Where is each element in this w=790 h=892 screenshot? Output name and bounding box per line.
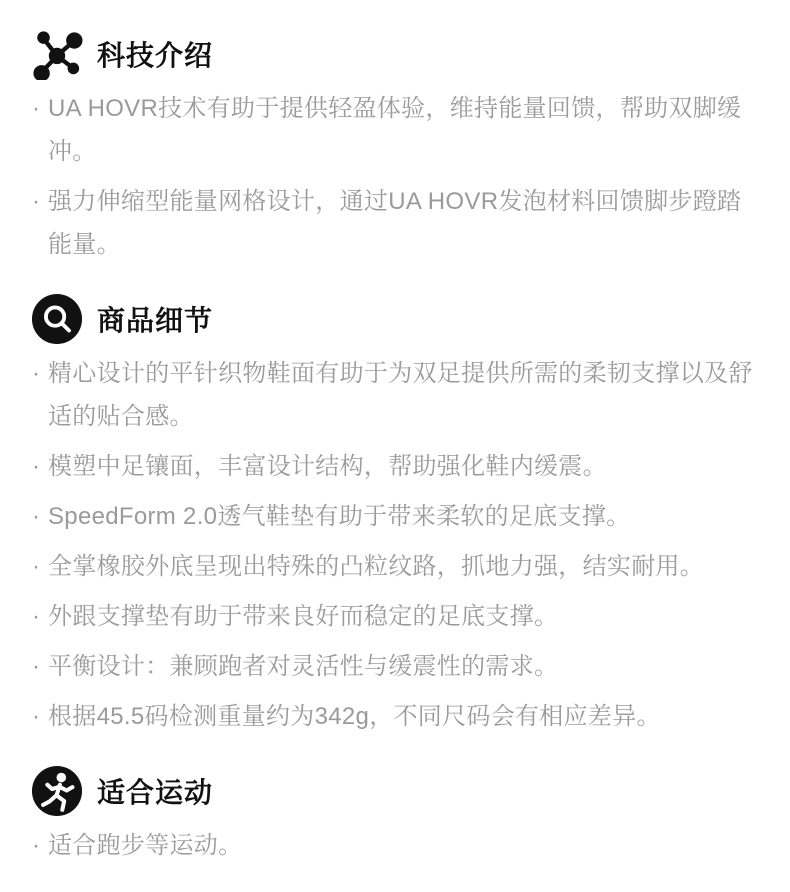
bullet-dot: · [32,445,40,488]
bullet-dot: · [32,87,40,130]
section-tech-intro: 科技介绍 ·UA HOVR技术有助于提供轻盈体验，维持能量回馈，帮助双脚缓冲。·… [30,27,760,266]
magnifier-icon [30,292,84,346]
bullet-dot: · [32,545,40,588]
content: 科技介绍 ·UA HOVR技术有助于提供轻盈体验，维持能量回馈，帮助双脚缓冲。·… [30,27,760,867]
bullet-text: 外跟支撑垫有助于带来良好而稳定的足底支撑。 [48,603,558,630]
bullet-item: ·UA HOVR技术有助于提供轻盈体验，维持能量回馈，帮助双脚缓冲。 [30,87,760,173]
section-header: 适合运动 [30,764,760,818]
bullet-item: ·全掌橡胶外底呈现出特殊的凸粒纹路，抓地力强，结实耐用。 [30,545,760,588]
bullet-text: 模塑中足镶面，丰富设计结构，帮助强化鞋内缓震。 [48,453,607,480]
bullet-text: 强力伸缩型能量网格设计，通过UA HOVR发泡材料回馈脚步蹬踏能量。 [48,188,741,258]
bullet-item: ·平衡设计：兼顾跑者对灵活性与缓震性的需求。 [30,645,760,688]
bullet-item: ·适合跑步等运动。 [30,824,760,867]
bullet-dot: · [32,645,40,688]
bullet-item: ·SpeedForm 2.0透气鞋垫有助于带来柔软的足底支撑。 [30,495,760,538]
bullet-item: ·根据45.5码检测重量约为342g，不同尺码会有相应差异。 [30,695,760,738]
bullet-dot: · [32,180,40,223]
runner-icon [30,764,84,818]
bullet-text: 全掌橡胶外底呈现出特殊的凸粒纹路，抓地力强，结实耐用。 [48,553,704,580]
section-suitable-sports: 适合运动 ·适合跑步等运动。 [30,764,760,867]
section-title: 适合运动 [97,771,213,811]
bullet-item: ·模塑中足镶面，丰富设计结构，帮助强化鞋内缓震。 [30,445,760,488]
bullet-dot: · [32,352,40,395]
product-description-page: 科技介绍 ·UA HOVR技术有助于提供轻盈体验，维持能量回馈，帮助双脚缓冲。·… [0,0,790,892]
bullet-text: 适合跑步等运动。 [48,832,242,859]
bullet-dot: · [32,824,40,867]
bullet-list: ·UA HOVR技术有助于提供轻盈体验，维持能量回馈，帮助双脚缓冲。·强力伸缩型… [30,87,760,266]
section-product-details: 商品细节 ·精心设计的平针织物鞋面有助于为双足提供所需的柔韧支撑以及舒适的贴合感… [30,292,760,738]
bullet-text: UA HOVR技术有助于提供轻盈体验，维持能量回馈，帮助双脚缓冲。 [48,95,741,165]
bullet-text: SpeedForm 2.0透气鞋垫有助于带来柔软的足底支撑。 [48,503,630,530]
bullet-dot: · [32,595,40,638]
bullet-list: ·精心设计的平针织物鞋面有助于为双足提供所需的柔韧支撑以及舒适的贴合感。·模塑中… [30,352,760,738]
section-title: 商品细节 [97,299,213,339]
bullet-dot: · [32,495,40,538]
bullet-item: ·精心设计的平针织物鞋面有助于为双足提供所需的柔韧支撑以及舒适的贴合感。 [30,352,760,438]
section-title: 科技介绍 [97,34,213,74]
bullet-text: 平衡设计：兼顾跑者对灵活性与缓震性的需求。 [48,653,558,680]
bullet-dot: · [32,695,40,738]
bullet-text: 根据45.5码检测重量约为342g，不同尺码会有相应差异。 [48,703,661,730]
molecule-icon [30,27,84,81]
section-header: 科技介绍 [30,27,760,81]
bullet-text: 精心设计的平针织物鞋面有助于为双足提供所需的柔韧支撑以及舒适的贴合感。 [48,360,753,430]
bullet-item: ·外跟支撑垫有助于带来良好而稳定的足底支撑。 [30,595,760,638]
section-header: 商品细节 [30,292,760,346]
bullet-item: ·强力伸缩型能量网格设计，通过UA HOVR发泡材料回馈脚步蹬踏能量。 [30,180,760,266]
bullet-list: ·适合跑步等运动。 [30,824,760,867]
